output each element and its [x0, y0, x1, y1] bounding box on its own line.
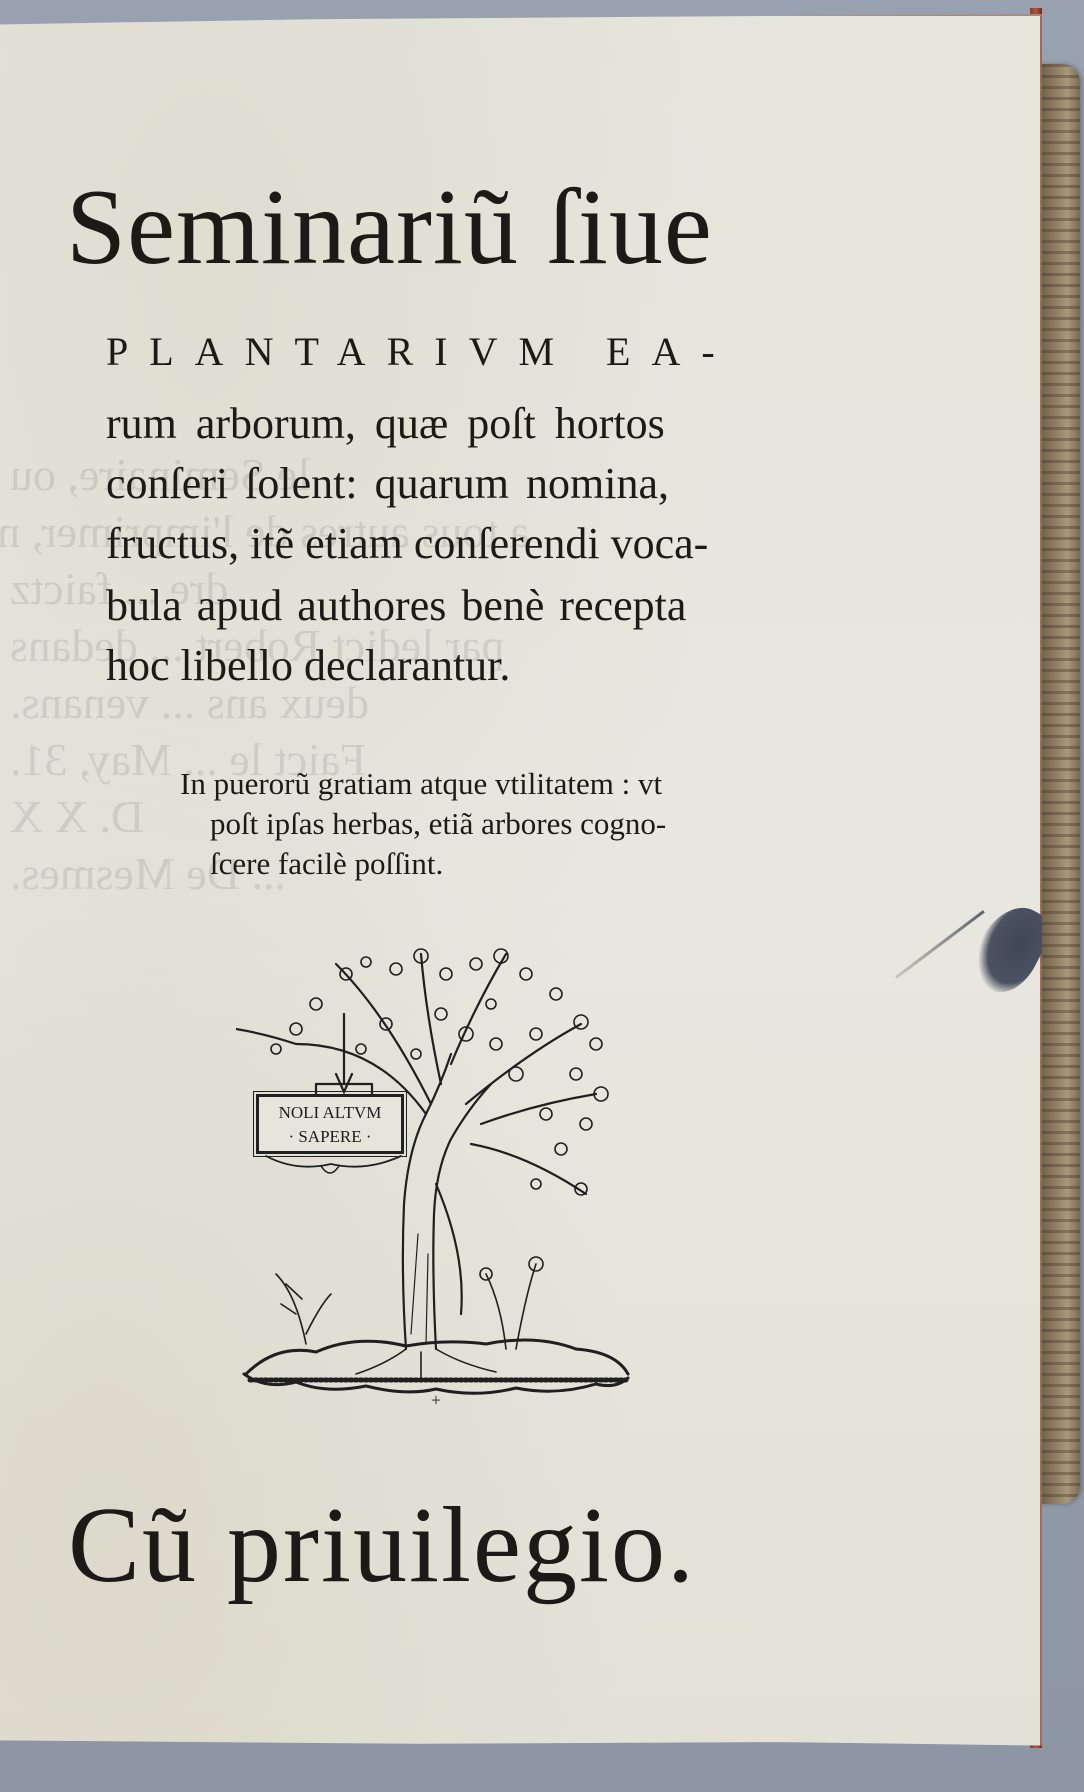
ink-stain-trail	[895, 910, 985, 979]
tree-mark: +	[431, 1390, 441, 1410]
motto-tablet: NOLI ALTVM · SAPERE ·	[256, 1094, 404, 1154]
scan-background: le Seminaire, ou a tous autres de l'impr…	[0, 0, 1084, 1792]
subtitle-line: bula apud authores benè recepta	[106, 580, 686, 631]
dedication-line: In puerorũ gratiam atque vtilitatem : vt	[180, 766, 662, 802]
printer-device-woodcut: + NOLI ALTVM · SAPERE ·	[236, 934, 636, 1424]
subtitle-line: conſeri ſolent: quarum nomina,	[106, 458, 669, 509]
subtitle-line: PLANTARIVM EA-	[106, 328, 736, 375]
dedication-line: poſt ipſas herbas, etiã arbores cogno-	[210, 806, 666, 842]
main-title: Seminariũ ſiue	[66, 166, 713, 290]
subtitle-line: rum arborum, quæ poſt hortos	[106, 398, 665, 449]
motto-line-1: NOLI ALTVM	[259, 1101, 401, 1125]
subtitle-line: hoc libello declarantur.	[106, 640, 510, 691]
tree-icon: +	[236, 934, 636, 1424]
privilege-line: Cũ priuilegio.	[68, 1484, 696, 1608]
title-page: le Seminaire, ou a tous autres de l'impr…	[0, 14, 1042, 1756]
motto-line-2: · SAPERE ·	[259, 1125, 401, 1149]
subtitle-line: fructus, itẽ etiam conſerendi voca-	[106, 518, 708, 569]
dedication-line: ſcere facilè poſſint.	[210, 846, 443, 882]
book-fore-edge	[1038, 64, 1080, 1504]
